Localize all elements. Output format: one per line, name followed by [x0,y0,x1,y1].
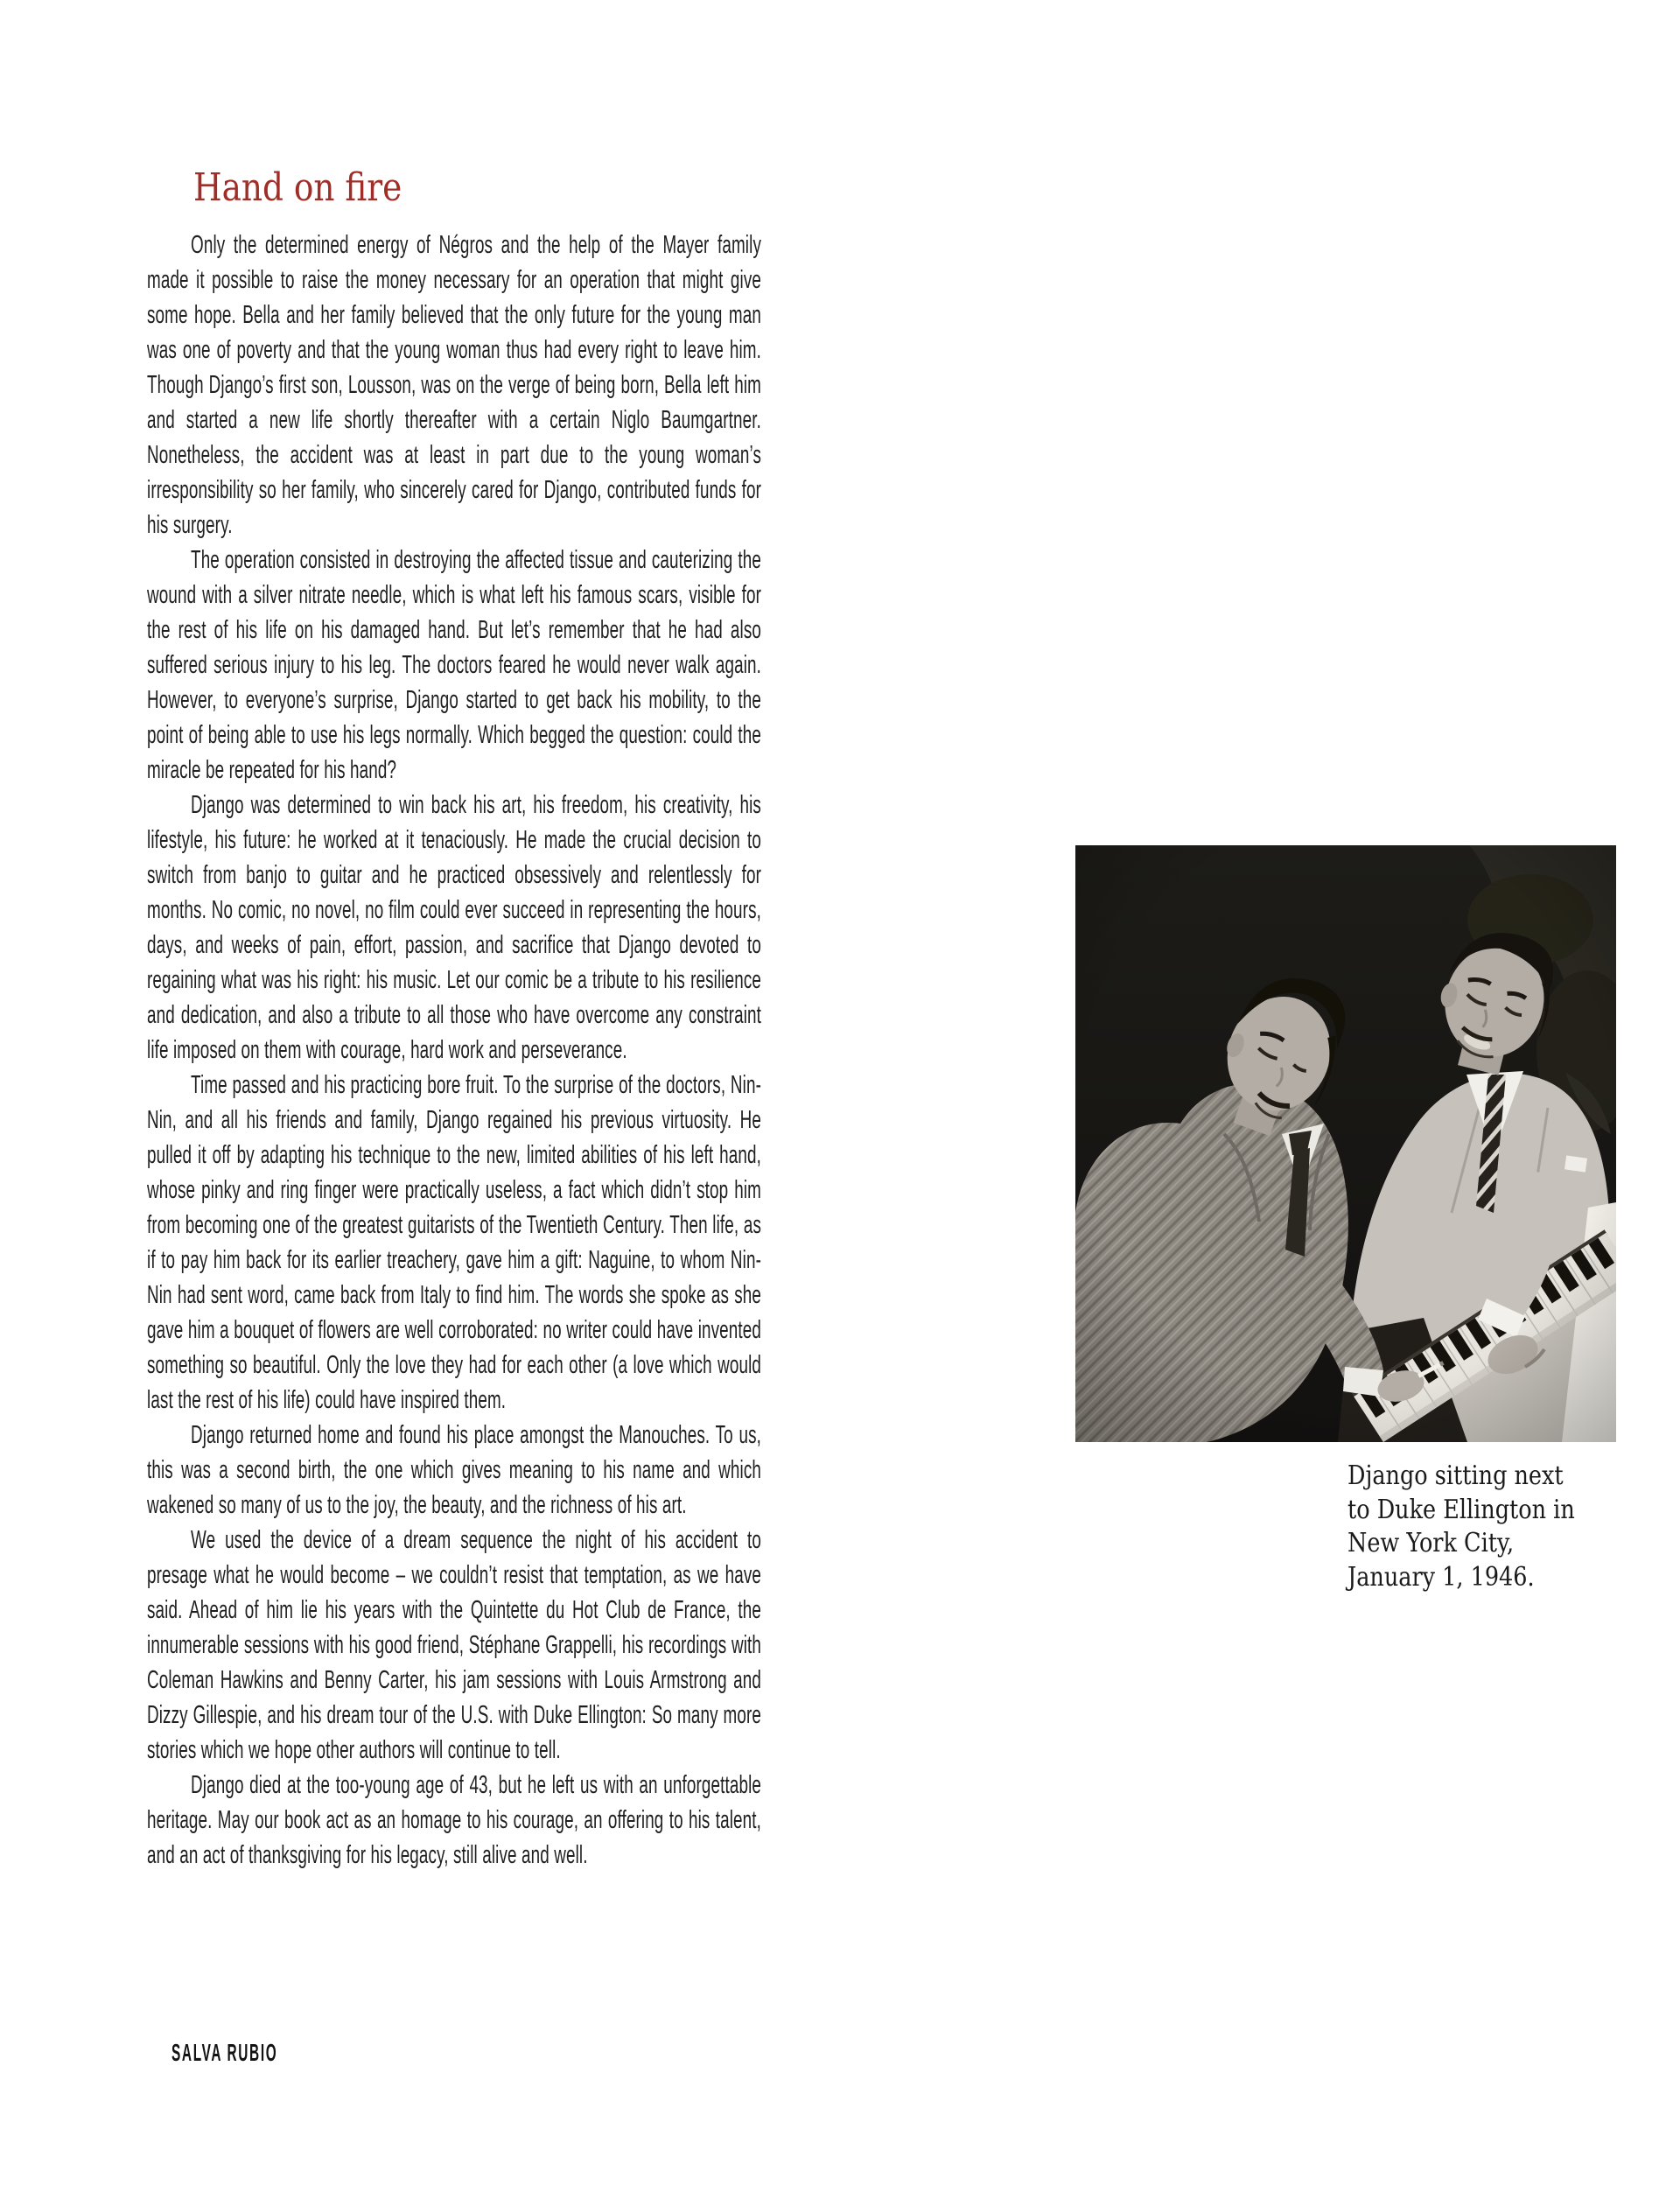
body-paragraph: Time passed and his practicing bore frui… [147,1068,761,1418]
photo-vignette [1075,845,1616,1442]
caption-line: January 1, 1946. [1347,1561,1575,1595]
caption-line: Django sitting next [1347,1460,1575,1494]
caption-line: New York City, [1347,1527,1575,1561]
photo-django-and-duke-ellington [1075,845,1616,1442]
body-text-column: Only the determined energy of Négros and… [147,228,761,1873]
body-paragraph: We used the device of a dream sequence t… [147,1523,761,1768]
caption-line: to Duke Ellington in [1347,1494,1575,1528]
author-credit: SALVA RUBIO [171,2039,277,2067]
body-paragraph: Only the determined energy of Négros and… [147,228,761,543]
book-page: Hand on fire Only the determined energy … [0,0,1680,2206]
body-paragraph: Django was determined to win back his ar… [147,788,761,1068]
body-paragraph: Django returned home and found his place… [147,1418,761,1523]
photo-illustration [1075,845,1616,1442]
body-paragraph: Django died at the too-young age of 43, … [147,1768,761,1873]
photo-caption: Django sitting next to Duke Ellington in… [1347,1460,1575,1594]
body-paragraph: The operation consisted in destroying th… [147,543,761,788]
page-title: Hand on fire [193,165,402,211]
